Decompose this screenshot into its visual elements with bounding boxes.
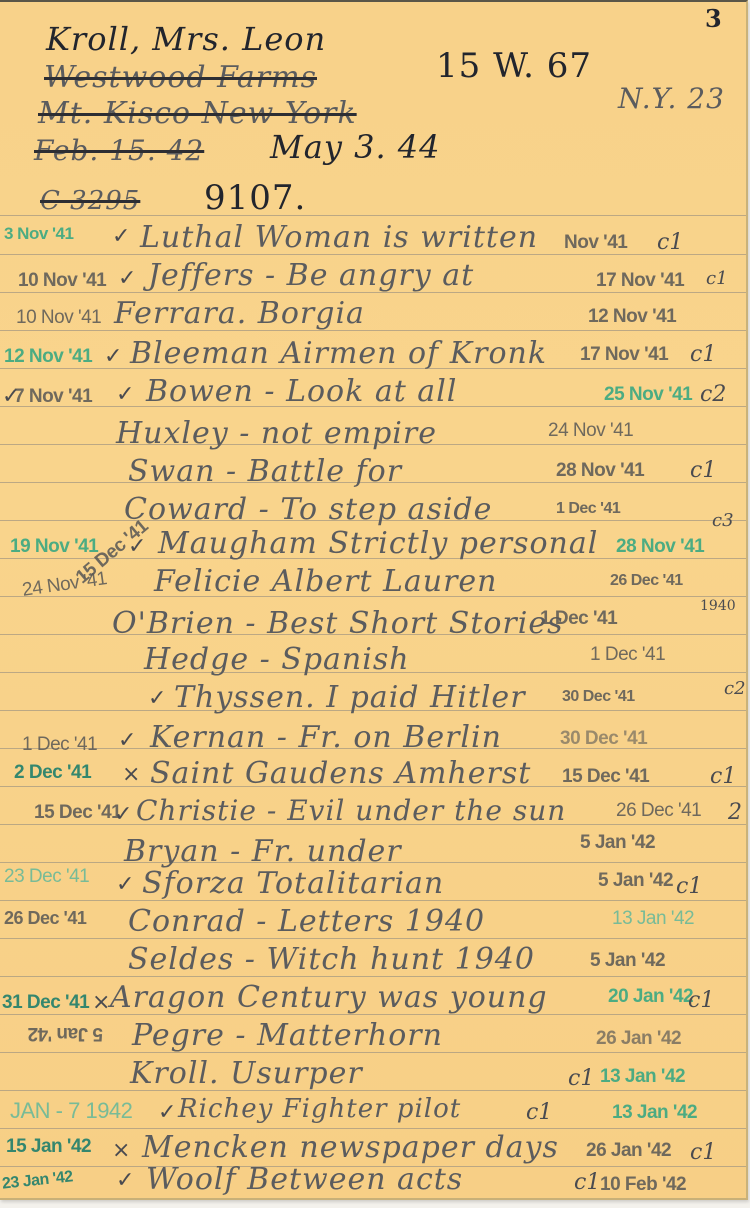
return-date-stamp: 26 Jan '42 — [596, 1028, 681, 1050]
return-date-stamp: 5 Jan '42 — [590, 950, 665, 972]
book-title: Bowen - Look at all — [146, 374, 457, 409]
book-title: Felicie Albert Lauren — [154, 564, 498, 599]
book-title: Coward - To step aside — [124, 492, 492, 527]
out-date-stamp: 3 Nov '41 — [4, 224, 73, 244]
book-title: Swan - Battle for — [128, 454, 402, 489]
copy-note: c3 — [712, 510, 734, 531]
copy-note: 2 — [728, 800, 742, 825]
return-date-stamp: 1 Dec '41 — [556, 500, 620, 518]
return-date-stamp: 13 Jan '42 — [612, 908, 694, 930]
return-date-stamp: 5 Jan '42 — [580, 832, 655, 854]
book-title: Kernan - Fr. on Berlin — [150, 720, 502, 755]
copy-note: 1940 — [700, 598, 736, 614]
out-date-stamp: 26 Dec '41 — [4, 908, 86, 929]
return-date-stamp: Nov '41 — [564, 232, 627, 254]
copy-note: c1 — [574, 1170, 600, 1195]
return-date-stamp: 1 Dec '41 — [590, 644, 665, 666]
return-date-stamp: 26 Dec '41 — [616, 800, 701, 822]
checkmark-icon: ✓ — [114, 802, 132, 827]
return-date-stamp: 25 Nov '41 — [604, 384, 692, 406]
out-date-stamp: 15 Dec '41 — [34, 802, 121, 824]
copy-note: c1 — [690, 342, 716, 367]
copy-note: c2 — [724, 678, 746, 699]
copy-note: c1 — [690, 1140, 716, 1165]
book-title: Hedge - Spanish — [144, 642, 410, 677]
return-date-stamp: 30 Dec '41 — [560, 728, 647, 750]
out-date-stamp: 15 Jan '42 — [6, 1136, 91, 1158]
out-date-stamp: 2 Dec '41 — [14, 762, 91, 784]
checkmark-icon: ✓ — [116, 872, 134, 897]
copy-note: c1 — [526, 1100, 552, 1125]
book-title: Kroll. Usurper — [130, 1056, 363, 1091]
old-card-number: C 3295 — [40, 186, 140, 216]
copy-note: c1 — [688, 988, 714, 1013]
book-title: Thyssen. I paid Hitler — [174, 680, 526, 715]
checkmark-icon: ✓ — [118, 728, 136, 753]
checkmark-icon: ✓ — [112, 224, 130, 249]
old-address-line1: Westwood Farms — [44, 60, 317, 95]
rule-line — [0, 330, 746, 331]
return-date-stamp: 5 Jan '42 — [598, 870, 673, 892]
book-title: Mencken newspaper days — [142, 1130, 559, 1165]
return-date-stamp: 13 Jan '42 — [600, 1066, 685, 1088]
rule-line — [0, 1128, 746, 1129]
book-title: Aragon Century was young — [110, 980, 548, 1015]
return-date-stamp: 13 Jan '42 — [612, 1102, 697, 1124]
return-date-stamp: 1 Dec '41 — [540, 608, 617, 630]
copy-note: c1 — [690, 458, 716, 483]
return-date-stamp: 24 Nov '41 — [548, 420, 633, 442]
book-title: Bleeman Airmen of Kronk — [130, 336, 547, 371]
book-title: Huxley - not empire — [116, 416, 437, 451]
book-title: Jeffers - Be angry at — [148, 258, 474, 293]
new-date: May 3. 44 — [270, 128, 441, 166]
index-card: 3 Kroll, Mrs. Leon Westwood Farms Mt. Ki… — [0, 0, 748, 1200]
return-date-stamp: 10 Feb '42 — [600, 1174, 686, 1196]
patron-name: Kroll, Mrs. Leon — [46, 20, 326, 58]
out-date-stamp: 12 Nov '41 — [4, 346, 92, 368]
out-date-stamp: 23 Dec '41 — [4, 866, 89, 888]
out-date-stamp: 1 Dec '41 — [22, 734, 97, 756]
out-date-stamp: 10 Nov '41 — [18, 270, 106, 292]
book-title: Luthal Woman is written — [140, 220, 538, 255]
copy-note: c1 — [706, 268, 728, 289]
return-date-stamp: 30 Dec '41 — [562, 688, 635, 706]
checkmark-icon: ✓ — [148, 686, 166, 711]
book-title: Woolf Between acts — [146, 1162, 463, 1197]
out-date-stamp: 10 Nov '41 — [16, 307, 101, 329]
return-date-stamp: 28 Nov '41 — [556, 460, 644, 482]
book-title: Christie - Evil under the sun — [136, 794, 566, 827]
cross-icon: × — [112, 1138, 130, 1163]
checkmark-icon: ✓ — [104, 344, 122, 369]
out-date-stamp: 5 Jan '42 — [28, 1022, 103, 1044]
book-title: Sforza Totalitarian — [142, 866, 444, 901]
cross-icon: × — [122, 762, 140, 787]
return-date-stamp: 20 Jan '42 — [608, 986, 693, 1008]
book-title: Pegre - Matterhorn — [132, 1018, 443, 1053]
out-date-stamp: 19 Nov '41 — [10, 536, 98, 558]
new-address-city: N.Y. 23 — [618, 82, 725, 115]
checkmark-icon: ✓ — [118, 266, 136, 291]
copy-note: c1 — [710, 764, 736, 789]
return-date-stamp: 28 Nov '41 — [616, 536, 704, 558]
old-date: Feb. 15. 42 — [34, 134, 204, 167]
cross-icon: × — [92, 990, 110, 1015]
book-title: Seldes - Witch hunt 1940 — [128, 942, 535, 977]
book-title: Saint Gaudens Amherst — [150, 756, 531, 791]
return-date-stamp: 26 Jan '42 — [586, 1140, 671, 1162]
book-title: Maugham Strictly personal — [158, 526, 598, 561]
return-date-stamp: 15 Dec '41 — [562, 766, 649, 788]
book-title: Bryan - Fr. under — [124, 834, 402, 869]
old-address-line2: Mt. Kisco New York — [38, 96, 357, 131]
copy-note: c1 — [657, 230, 683, 255]
return-date-stamp: 12 Nov '41 — [588, 306, 676, 328]
copy-note: c1 — [676, 874, 702, 899]
checkmark-icon: ✓ — [158, 1100, 176, 1125]
checkmark-icon: ✓ — [116, 1168, 134, 1193]
return-date-stamp: 17 Nov '41 — [580, 344, 668, 366]
card-number: 3 — [705, 4, 723, 33]
out-date-stamp: 23 Jan '42 — [1, 1168, 73, 1193]
return-date-stamp: 17 Nov '41 — [596, 270, 684, 292]
copy-note: c2 — [700, 382, 726, 407]
new-card-number: 9107. — [204, 178, 306, 218]
book-title: Richey Fighter pilot — [178, 1094, 461, 1124]
new-address-street: 15 W. 67 — [436, 46, 592, 86]
book-title: Conrad - Letters 1940 — [128, 904, 485, 939]
return-date-stamp: 26 Dec '41 — [610, 572, 683, 590]
out-date-stamp: 7 Nov '41 — [14, 386, 92, 408]
copy-note: c1 — [568, 1066, 594, 1091]
rule-line — [0, 1090, 746, 1091]
checkmark-icon: ✓ — [116, 382, 134, 407]
out-date-stamp: JAN - 7 1942 — [10, 1098, 132, 1124]
book-title: Ferrara. Borgia — [114, 296, 365, 331]
book-title: O'Brien - Best Short Stories — [112, 606, 564, 641]
out-date-stamp: 31 Dec '41 — [2, 992, 89, 1014]
checkmark-icon: ✓ — [2, 384, 20, 409]
